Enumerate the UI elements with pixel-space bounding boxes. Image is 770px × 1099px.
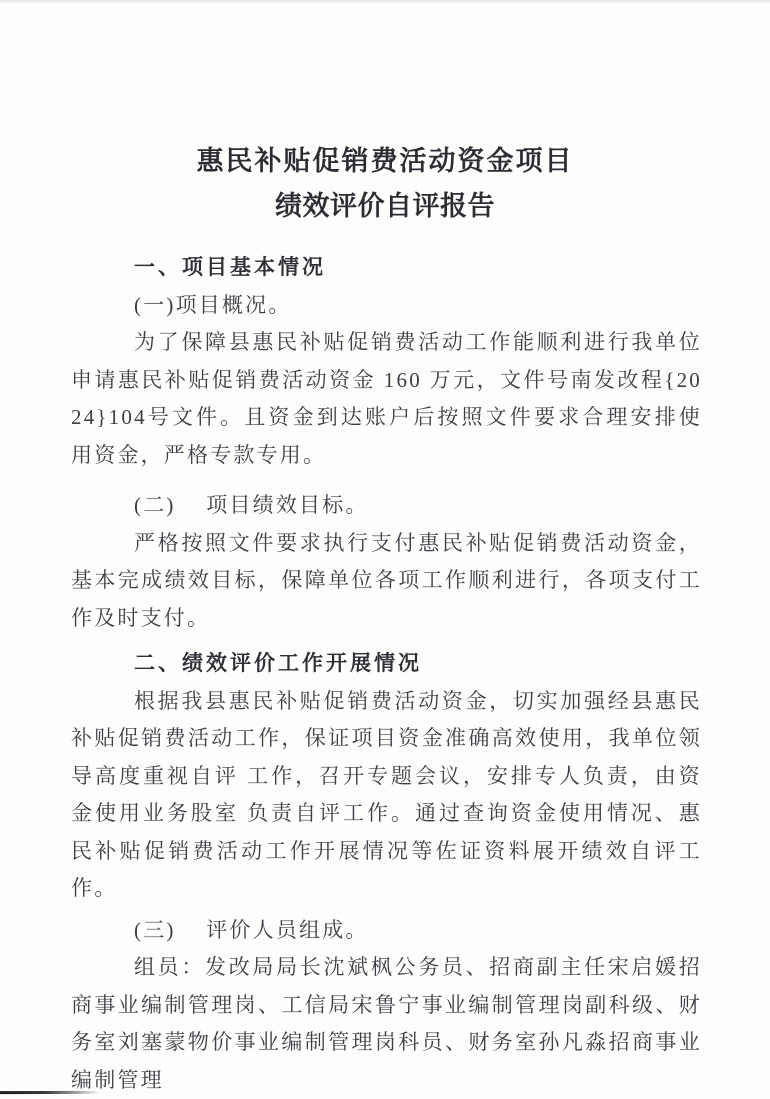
section-heading-1: 一、项目基本情况 [71, 249, 702, 287]
paragraph-evaluation-team: 组员：发改局局长沈斌枫公务员、招商副主任宋启媛招商事业编制管理岗、工信局宋鲁宁事… [71, 949, 702, 1099]
section-heading-2: 二、绩效评价工作开展情况 [71, 645, 702, 683]
title-line-2: 绩效评价自评报告 [0, 184, 770, 229]
scan-top-shadow [0, 0, 770, 4]
subsection-heading-1-1: (一)项目概况。 [71, 287, 702, 325]
paragraph-performance-goal: 严格按照文件要求执行支付惠民补贴促销费活动资金，基本完成绩效目标，保障单位各项工… [71, 525, 702, 638]
subsection-heading-1-2: (二) 项目绩效目标。 [71, 487, 702, 525]
paragraph-evaluation-work: 根据我县惠民补贴促销费活动资金，切实加强经县惠民补贴促销费活动工作，保证项目资金… [71, 683, 702, 908]
scanned-report-page: 惠民补贴促销费活动资金项目 绩效评价自评报告 一、项目基本情况 (一)项目概况。… [0, 0, 770, 1099]
subsection-heading-2-3: (三) 评价人员组成。 [71, 912, 702, 950]
paragraph-project-overview: 为了保障县惠民补贴促销费活动工作能顺利进行我单位申请惠民补贴促销费活动资金 16… [71, 324, 702, 474]
document-body: 一、项目基本情况 (一)项目概况。 为了保障县惠民补贴促销费活动工作能顺利进行我… [71, 249, 702, 1099]
title-line-1: 惠民补贴促销费活动资金项目 [0, 139, 770, 184]
document-title: 惠民补贴促销费活动资金项目 绩效评价自评报告 [0, 139, 770, 229]
